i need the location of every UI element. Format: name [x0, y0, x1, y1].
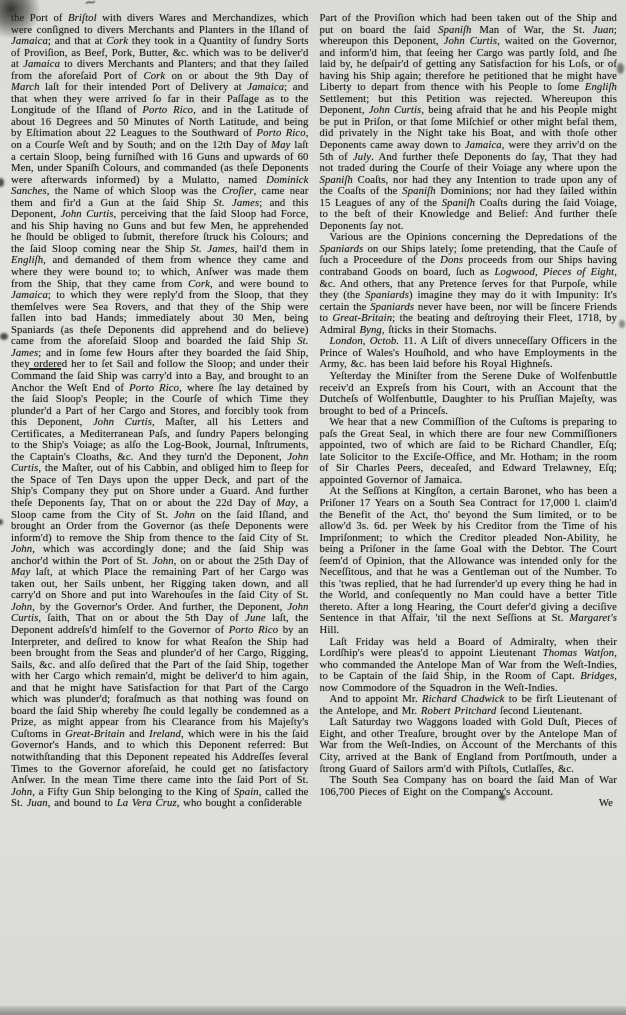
text-columns: the Port of Briſtol with divers Wares an…	[0, 0, 626, 810]
scan-speck	[617, 63, 624, 74]
paragraph: Laſt Friday was held a Board of Admiralt…	[320, 637, 618, 695]
scan-squiggle-mark: ~	[83, 0, 98, 12]
paragraph: Laſt Saturday two Waggons loaded with Go…	[320, 717, 618, 775]
ink-blot	[498, 792, 507, 802]
scan-speck	[619, 320, 625, 328]
catchword: We	[320, 798, 618, 810]
paragraph: the Port of Briſtol with divers Wares an…	[11, 13, 309, 810]
paragraph: We hear that a new Commiſſion of the Cuſ…	[320, 417, 618, 486]
scanned-newspaper-page: the Port of Briſtol with divers Wares an…	[0, 0, 626, 1015]
paragraph: Various are the Opinions concerning the …	[320, 232, 618, 336]
paragraph: At the Seſſions at Kingſton, a certain B…	[320, 486, 618, 636]
paragraph: The South Sea Company has on board the ſ…	[320, 775, 618, 798]
paragraph: Yeſterday the Miniſter from the Serene D…	[320, 371, 618, 417]
scan-edge-band	[0, 1006, 626, 1015]
column-right: Part of the Proviſion which had been tak…	[320, 13, 618, 810]
paragraph: Part of the Proviſion which had been tak…	[320, 13, 618, 232]
scan-corner-smudge	[0, 0, 42, 38]
paragraph: And to appoint Mr. Richard Chadwick to b…	[320, 694, 618, 717]
paragraph: London, Octob. 11. A Liſt of divers unne…	[320, 336, 618, 371]
scan-speck	[0, 333, 8, 340]
scan-underline-artifact	[29, 368, 61, 370]
column-left: the Port of Briſtol with divers Wares an…	[11, 13, 309, 810]
